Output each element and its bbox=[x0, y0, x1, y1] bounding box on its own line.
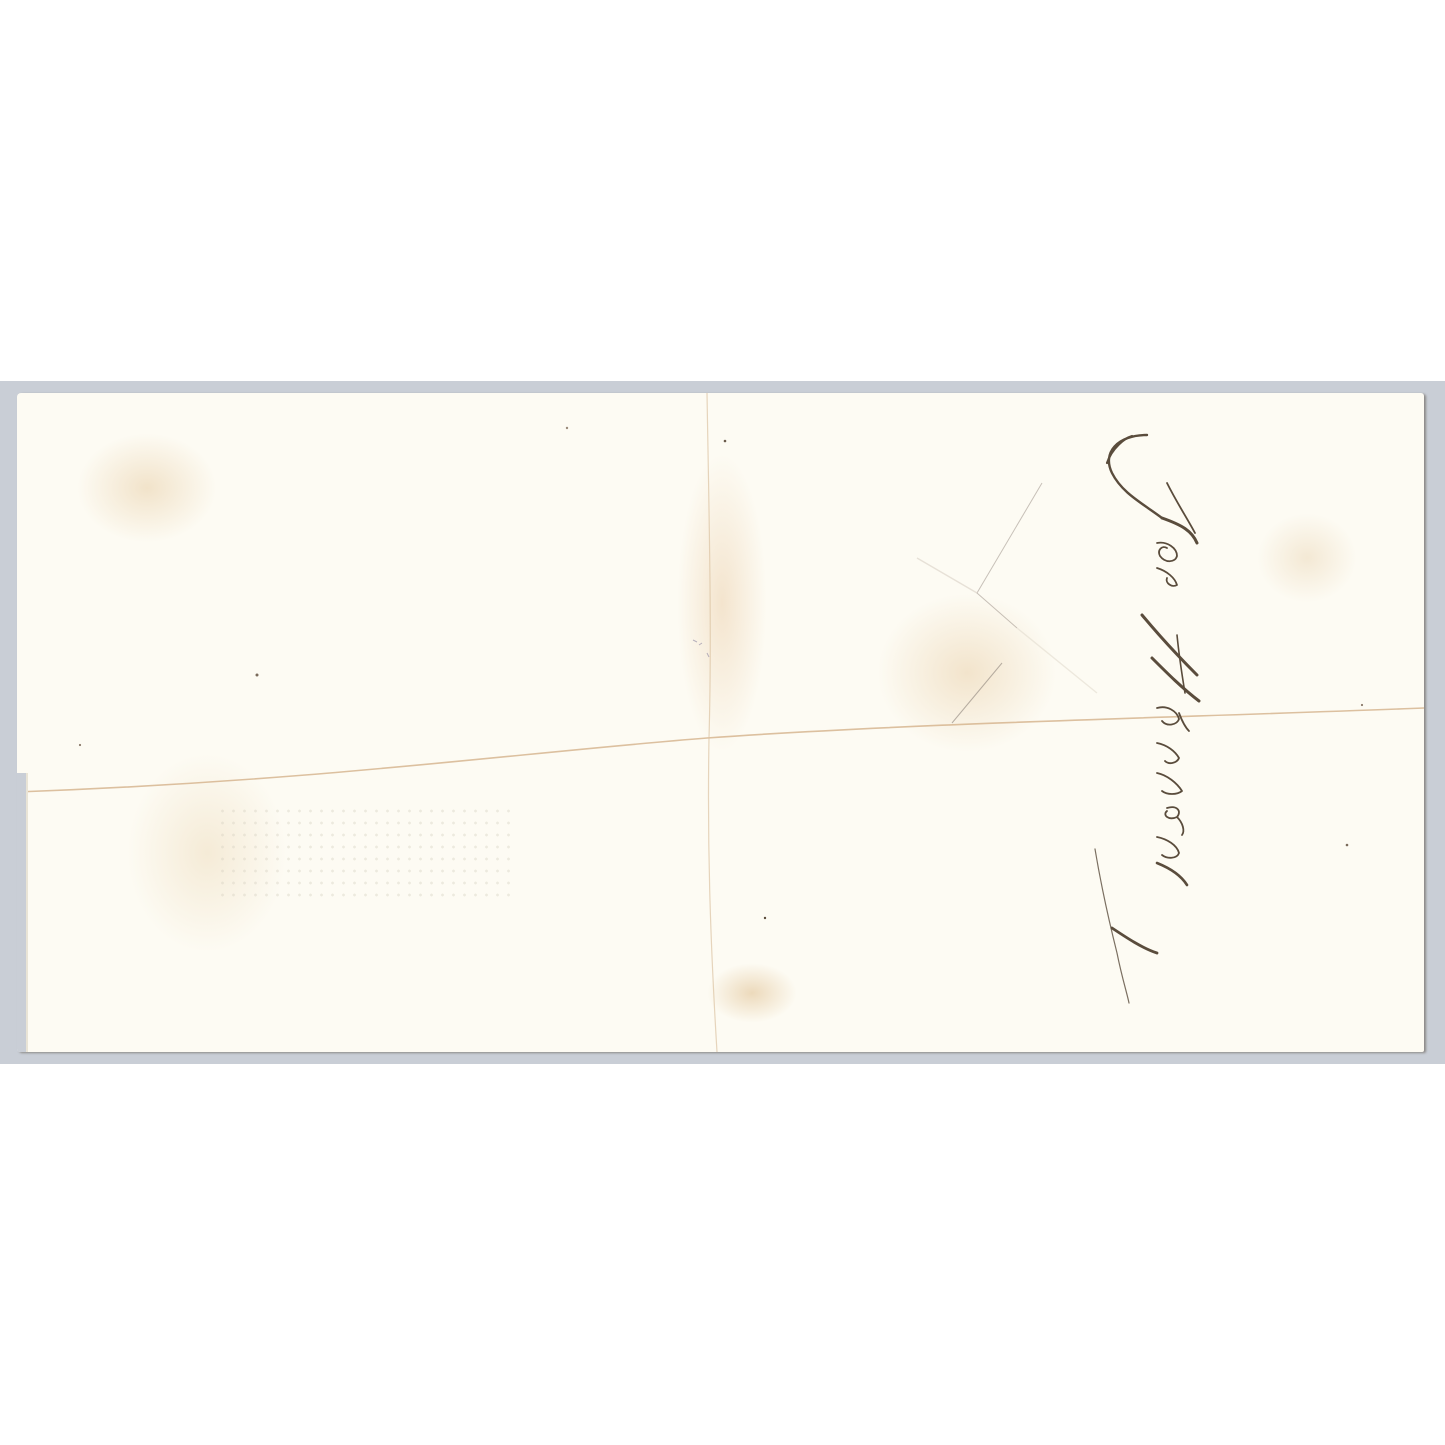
torn-edge-highlight bbox=[26, 773, 28, 1052]
embossed-pattern bbox=[217, 805, 517, 905]
age-stain bbox=[1257, 513, 1357, 603]
fold-creases bbox=[17, 393, 1424, 1052]
paper-document: Jos Harvey bbox=[17, 393, 1424, 1052]
torn-edge bbox=[17, 773, 26, 1052]
age-stain bbox=[677, 453, 767, 753]
handwritten-endorsement bbox=[17, 393, 1424, 1052]
age-stain bbox=[707, 963, 797, 1023]
age-stain bbox=[77, 433, 217, 543]
age-stain bbox=[877, 593, 1057, 753]
